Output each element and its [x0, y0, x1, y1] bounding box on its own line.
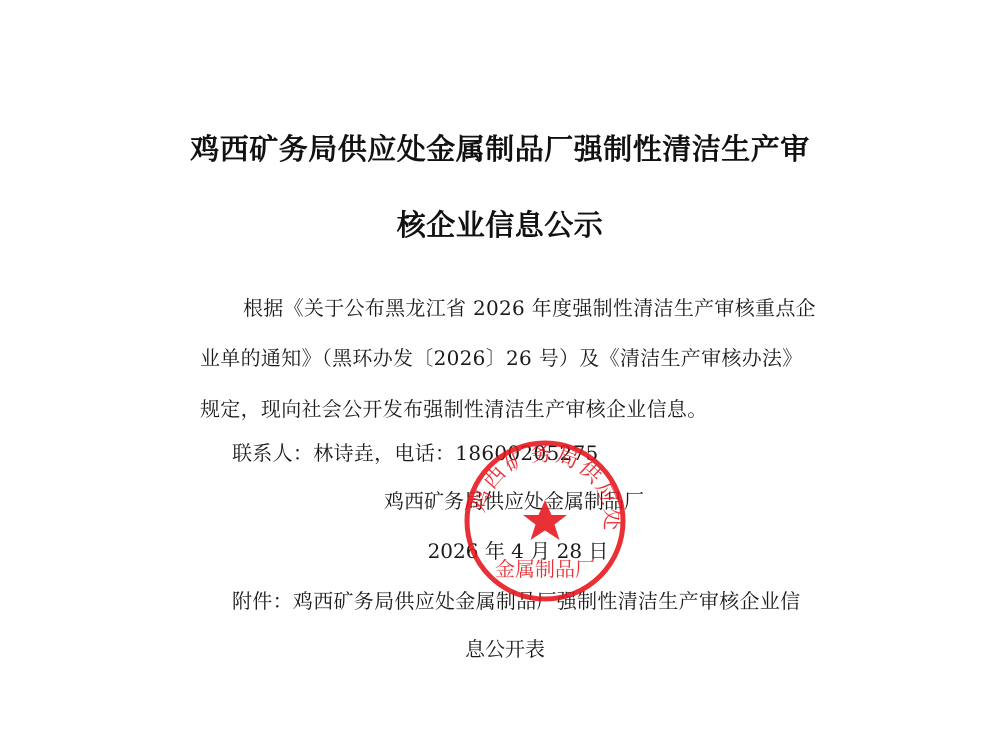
body-paragraph-line-3: 规定，现向社会公开发布强制性清洁生产审核企业信息。 [200, 393, 708, 422]
signature-date: 2026 年 4 月 28 日 [0, 535, 1000, 564]
contact-info: 联系人：林诗垚，电话：18600205275 [232, 437, 599, 466]
attachment-line-2: 息公开表 [0, 633, 1000, 662]
attachment-line-1: 附件：鸡西矿务局供应处金属制品厂强制性清洁生产审核企业信 [232, 585, 800, 614]
document-page: 鸡西矿务局供应处金属制品厂强制性清洁生产审 核企业信息公示 根据《关于公布黑龙江… [0, 0, 1000, 732]
signature-organization: 鸡西矿务局供应处金属制品厂 [0, 485, 1000, 514]
body-paragraph-line-2: 业单的通知》（黑环办发〔2026〕26 号）及《清洁生产审核办法》 [200, 342, 803, 371]
body-paragraph-line-1: 根据《关于公布黑龙江省 2026 年度强制性清洁生产审核重点企 [243, 292, 816, 321]
document-title-line-2: 核企业信息公示 [0, 203, 1000, 244]
document-title-line-1: 鸡西矿务局供应处金属制品厂强制性清洁生产审 [0, 127, 1000, 168]
